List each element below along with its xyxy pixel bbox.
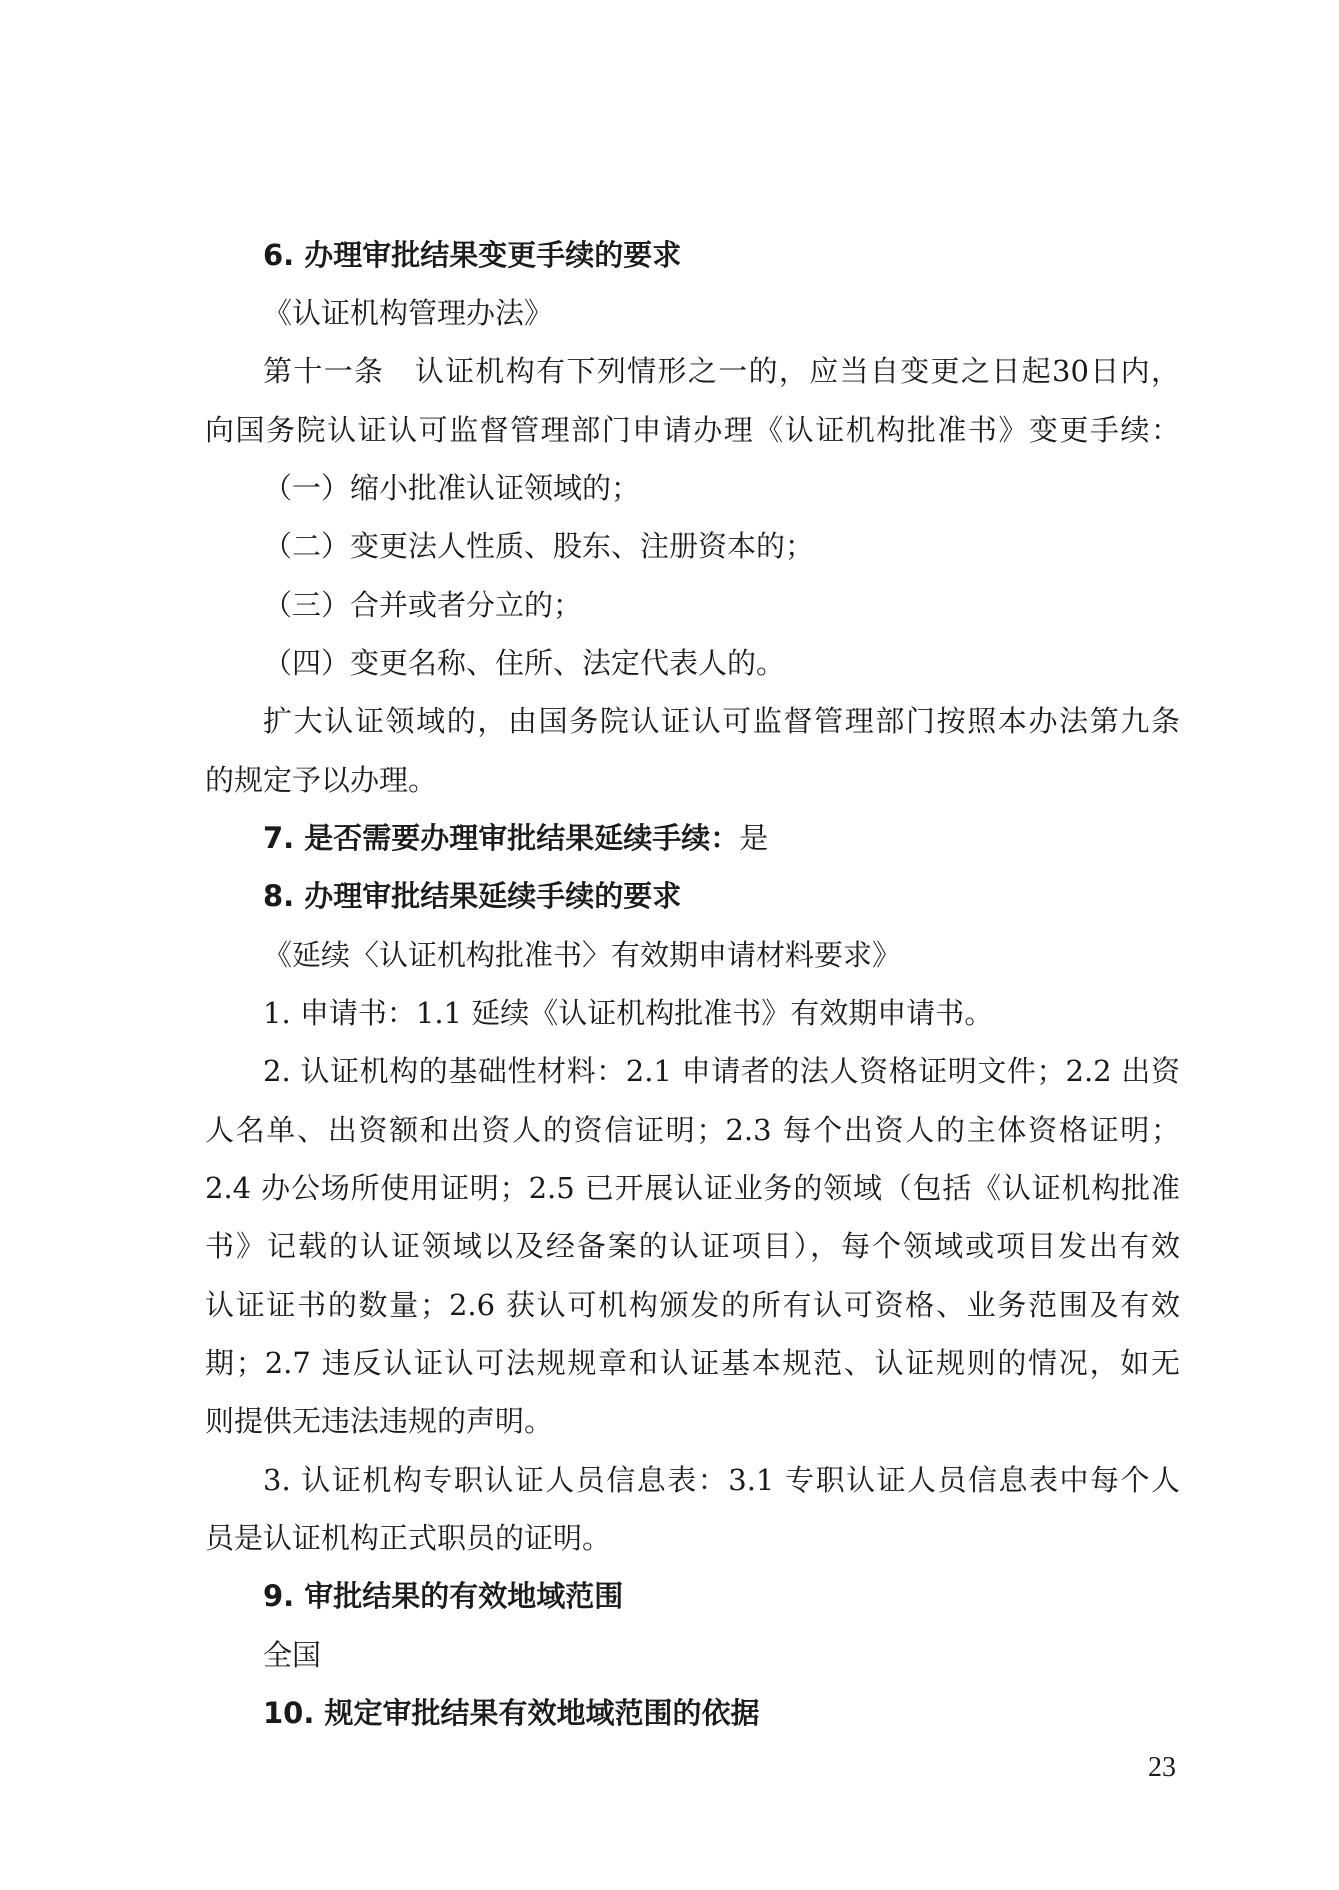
requirement-2-line-4: 书》记载的认证领域以及经备案的认证项目），每个领域或项目发出有效: [205, 1226, 1180, 1266]
page-number: 23: [1148, 1752, 1176, 1784]
requirement-2-line-3: 2.4 办公场所使用证明；2.5 已开展认证业务的领域（包括《认证机构批准: [205, 1168, 1180, 1208]
requirement-2-line-2: 人名单、出资额和出资人的资信证明；2.3 每个出资人的主体资格证明；: [205, 1110, 1180, 1150]
section-heading-8: 8. 办理审批结果延续手续的要求: [263, 876, 1180, 916]
article-11-line-2: 向国务院认证认可监督管理部门申请办理《认证机构批准书》变更手续：: [205, 410, 1180, 450]
section-heading-7-value: 是: [739, 821, 768, 855]
section-heading-7-label: 7. 是否需要办理审批结果延续手续：: [263, 821, 739, 855]
regulation-title: 《认证机构管理办法》: [263, 293, 1180, 333]
requirement-3-line-1: 3. 认证机构专职认证人员信息表：3.1 专职认证人员信息表中每个人: [263, 1460, 1180, 1500]
requirement-2-line-7: 则提供无违法违规的声明。: [205, 1401, 1180, 1441]
list-item-1: （一）缩小批准认证领域的；: [263, 468, 1180, 508]
requirement-2-line-1: 2. 认证机构的基础性材料：2.1 申请者的法人资格证明文件；2.2 出资: [263, 1051, 1180, 1091]
requirements-title: 《延续〈认证机构批准书〉有效期申请材料要求》: [263, 935, 1180, 975]
requirement-3-line-2: 员是认证机构正式职员的证明。: [205, 1518, 1180, 1558]
list-item-3: （三）合并或者分立的；: [263, 585, 1180, 625]
list-item-2: （二）变更法人性质、股东、注册资本的；: [263, 526, 1180, 566]
requirement-2-line-6: 期；2.7 违反认证认可法规规章和认证基本规范、认证规则的情况，如无: [205, 1343, 1180, 1383]
requirement-1: 1. 申请书：1.1 延续《认证机构批准书》有效期申请书。: [263, 993, 1180, 1033]
paragraph-expand-line-2: 的规定予以办理。: [205, 760, 1180, 800]
article-11-line-1: 第十一条 认证机构有下列情形之一的，应当自变更之日起30日内，: [263, 351, 1180, 391]
section-heading-7: 7. 是否需要办理审批结果延续手续：是: [263, 818, 1180, 858]
requirement-2-line-5: 认证证书的数量；2.6 获认可机构颁发的所有认可资格、业务范围及有效: [205, 1285, 1180, 1325]
paragraph-expand-line-1: 扩大认证领域的，由国务院认证认可监督管理部门按照本办法第九条: [263, 701, 1180, 741]
document-page: 6. 办理审批结果变更手续的要求 《认证机构管理办法》 第十一条 认证机构有下列…: [0, 0, 1339, 1890]
section-heading-6: 6. 办理审批结果变更手续的要求: [263, 235, 1180, 275]
list-item-4: （四）变更名称、住所、法定代表人的。: [263, 643, 1180, 683]
validity-scope-value: 全国: [263, 1635, 1180, 1675]
section-heading-10: 10. 规定审批结果有效地域范围的依据: [263, 1693, 1180, 1733]
section-heading-9: 9. 审批结果的有效地域范围: [263, 1576, 1180, 1616]
